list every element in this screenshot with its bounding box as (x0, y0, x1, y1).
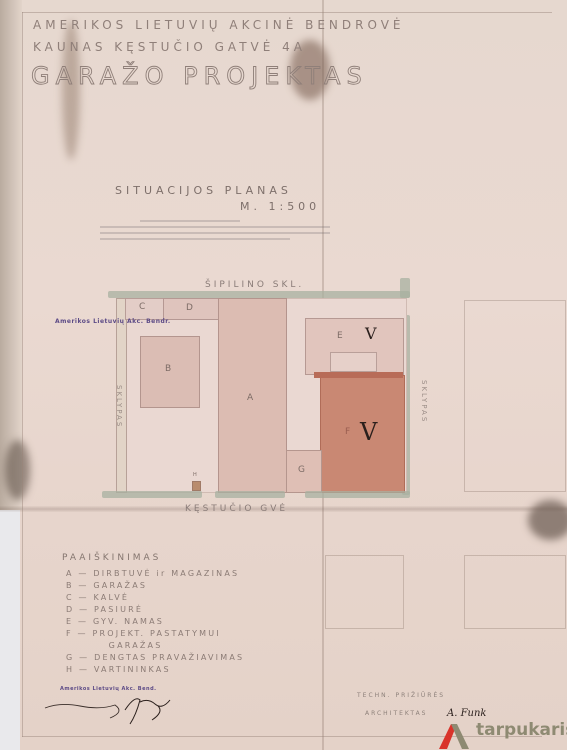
faint-box-outline (464, 555, 566, 629)
architect-label: ARCHITEKTAS (365, 710, 427, 717)
legend-item: C — KALVĖ (66, 592, 244, 604)
legend-item: GARAŽAS (66, 640, 244, 652)
watermark-brand: tarpukaris (476, 720, 567, 740)
street-right: SKLYPAS (420, 380, 428, 423)
road-bottom-3 (305, 491, 410, 498)
faint-box-outline (325, 555, 404, 629)
check-mark-e: V (365, 324, 377, 343)
road-bottom-2 (215, 491, 285, 498)
building-h (192, 481, 201, 491)
label-g: G (298, 465, 305, 475)
street-bottom: KĘSTUČIO GVĖ (185, 504, 288, 514)
faint-box-outline (464, 300, 566, 492)
label-a: A (247, 393, 253, 403)
plan-title: SITUACIJOS PLANAS (115, 184, 292, 197)
street-left: SKLYPAS (115, 385, 123, 428)
check-mark-f: V (360, 418, 377, 446)
frame-top (22, 12, 552, 13)
frame-left (22, 12, 23, 737)
company-name: AMERIKOS LIETUVIŲ AKCINĖ BENDROVĖ (33, 18, 404, 32)
torn-left-edge (0, 0, 22, 510)
label-f: F (345, 427, 350, 437)
architect-signature: A. Funk (447, 708, 486, 719)
plan-scale: M. 1:500 (240, 200, 320, 213)
road-top (108, 291, 410, 298)
legend-item: F — PROJEKT. PASTATYMUI (66, 628, 244, 640)
legend-title: PAAIŠKINIMAS (62, 553, 161, 563)
label-b: B (165, 364, 171, 374)
legend-item: G — DENGTAS PRAVAŽIAVIMAS (66, 652, 244, 664)
legend-item: A — DIRBTUVĖ ir MAGAZINAS (66, 568, 244, 580)
legend-item: D — PASIURĖ (66, 604, 244, 616)
project-title: GARAŽO PROJEKTAS (31, 62, 368, 90)
faint-typed-text (140, 220, 240, 222)
road-bottom-1 (102, 491, 202, 498)
label-e: E (337, 331, 343, 341)
faint-typed-text (100, 226, 330, 228)
background-gap (0, 510, 20, 750)
purple-stamp: Amerikos Lietuvių Akc. Bendr. (55, 318, 171, 325)
legend-list: A — DIRBTUVĖ ir MAGAZINAS B — GARAŽAS C … (66, 568, 244, 676)
address: KAUNAS KĘSTUČIO GATVĖ 4A (33, 40, 306, 54)
building-e-annex (330, 352, 377, 372)
label-c: C (139, 302, 145, 312)
legend-item: E — GYV. NAMAS (66, 616, 244, 628)
faint-typed-text (100, 238, 290, 240)
faint-typed-text (100, 232, 330, 234)
road-corner (400, 278, 410, 298)
label-d: D (186, 303, 193, 313)
water-stain (5, 440, 30, 500)
legend-item: B — GARAŽAS (66, 580, 244, 592)
building-f-top-band (314, 372, 403, 378)
owner-signature (40, 690, 180, 730)
label-h: H (193, 472, 197, 478)
legend-item: H — VARTININKAS (66, 664, 244, 676)
tech-supervision-label: TECHN. PRIŽIŪRĖS (357, 692, 445, 699)
street-top: ŠIPILINO SKL. (205, 280, 304, 290)
